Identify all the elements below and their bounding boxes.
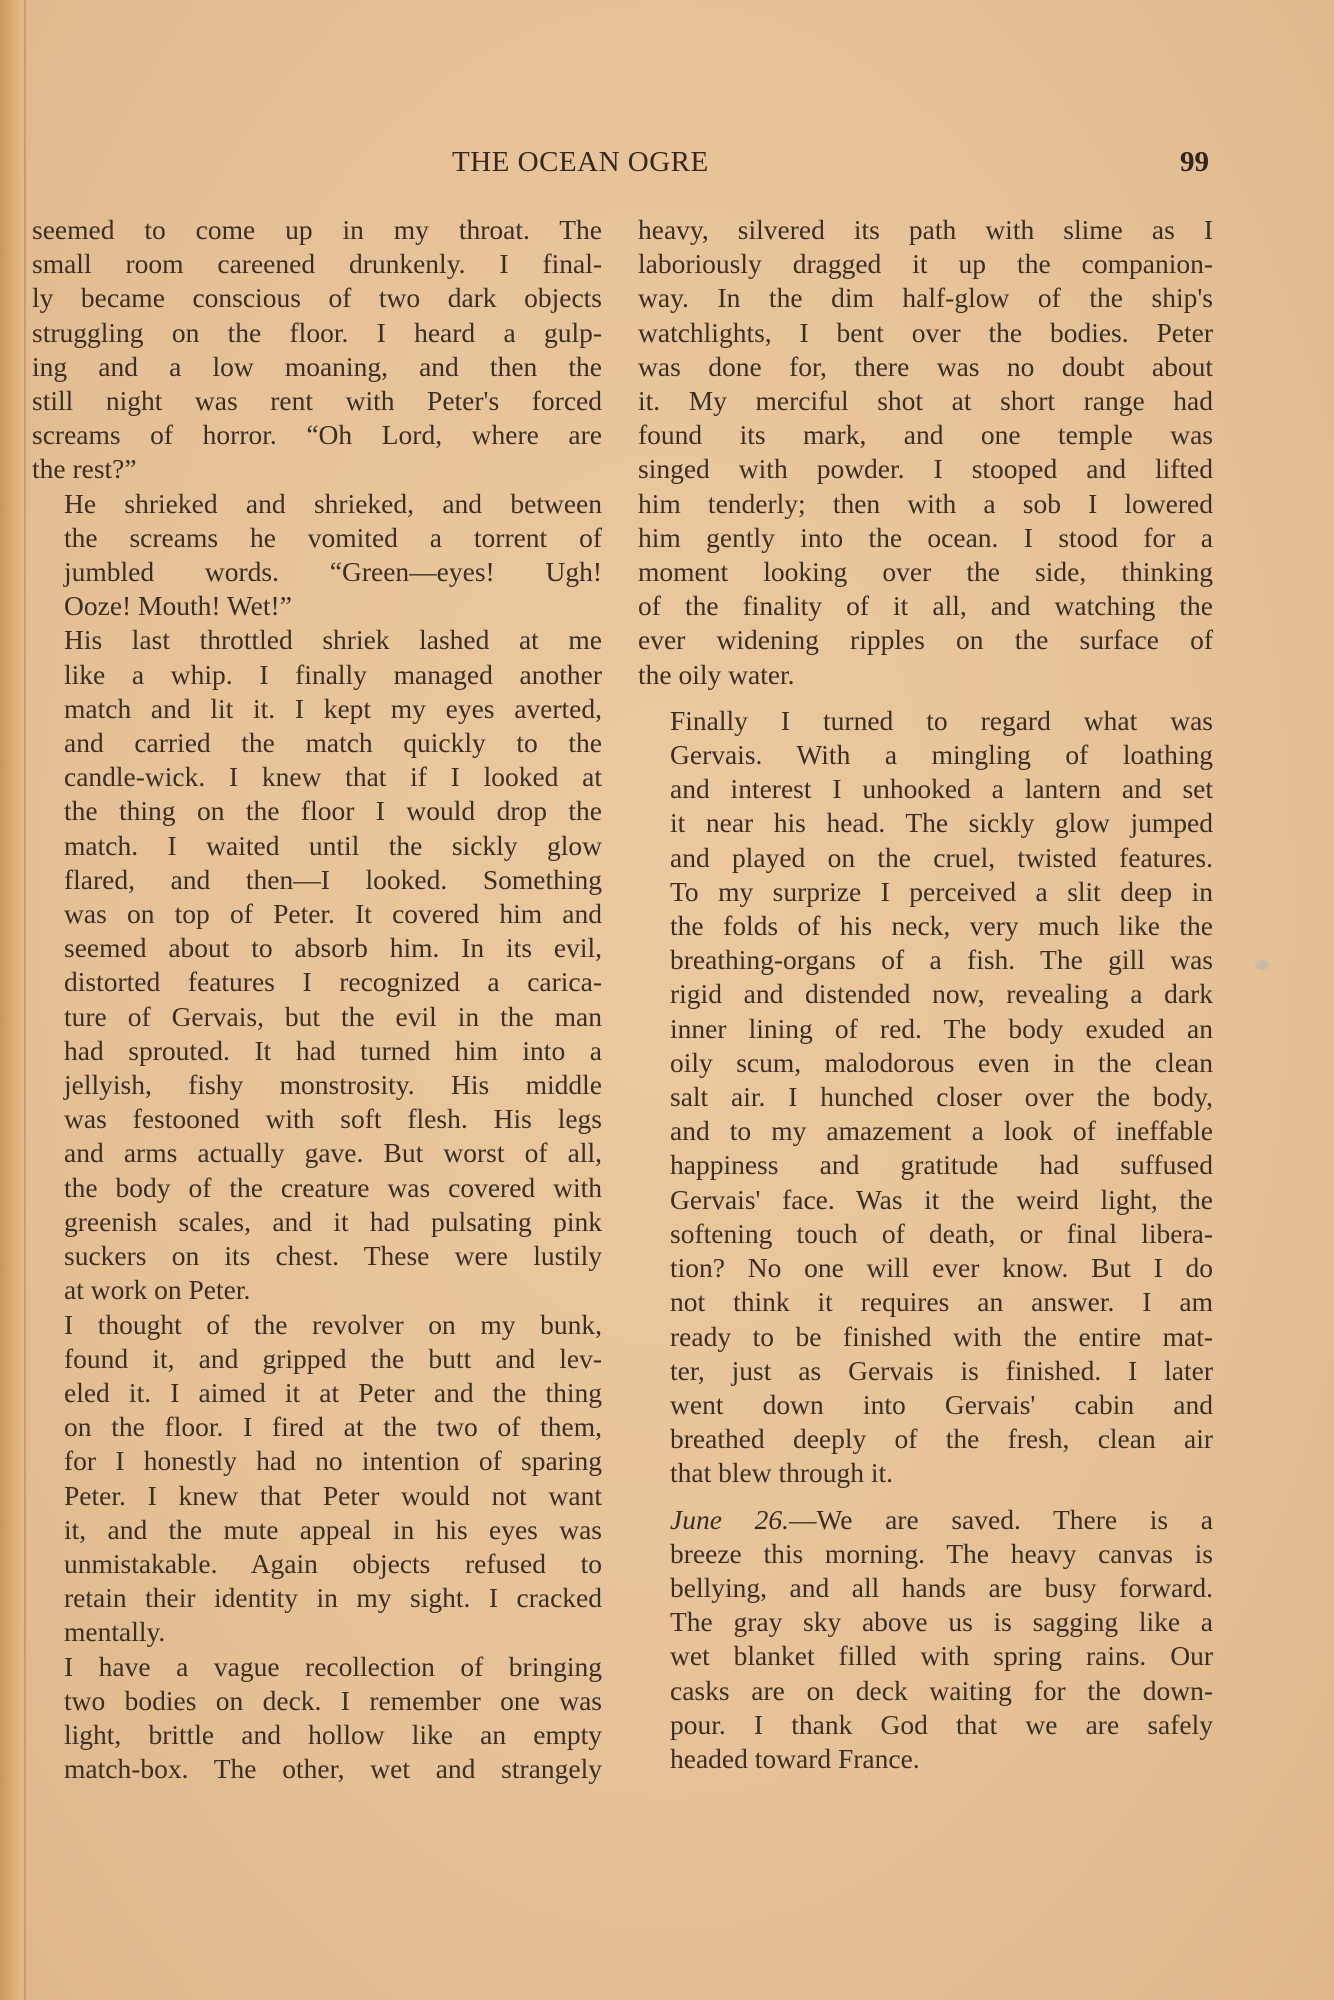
text-line: Gervais. With a mingling of loathing [638,738,1213,772]
text-line: seemed to come up in my throat. The [32,213,602,247]
text-line: His last throttled shriek lashed at me [32,623,602,657]
text-line: was on top of Peter. It covered him and [32,897,602,931]
text-line: The gray sky above us is sagging like a [638,1605,1213,1639]
text-line: distorted features I recognized a carica… [32,965,602,999]
text-line: mentally. [32,1615,602,1649]
text-line: To my surprize I perceived a slit deep i… [638,875,1213,909]
text-line: went down into Gervais' cabin and [638,1388,1213,1422]
book-page: THE OCEAN OGRE 99 seemed to come up in m… [0,0,1334,2000]
text-line: inner lining of red. The body exuded an [638,1012,1213,1046]
running-head: THE OCEAN OGRE 99 [0,140,1334,180]
text-line: pour. I thank God that we are safely [638,1708,1213,1742]
text-line: headed toward France. [638,1742,1213,1776]
paragraph: I thought of the revolver on my bunk, fo… [32,1308,602,1650]
text-line: June 26.—We are saved. There is a [638,1503,1213,1537]
paragraph: heavy, silvered its path with slime as I… [638,213,1213,692]
text-line: seemed about to absorb him. In its evil, [32,931,602,965]
text-line: I thought of the revolver on my bunk, [32,1308,602,1342]
text-line: ter, just as Gervais is finished. I late… [638,1354,1213,1388]
text-line: watchlights, I bent over the bodies. Pet… [638,316,1213,350]
text-line: the screams he vomited a torrent of [32,521,602,555]
text-line: Gervais' face. Was it the weird light, t… [638,1183,1213,1217]
text-line: match and lit it. I kept my eyes averted… [32,692,602,726]
text-line: the thing on the floor I would drop the [32,794,602,828]
text-line: of the finality of it all, and watching … [638,589,1213,623]
paragraph: seemed to come up in my throat. The smal… [32,213,602,487]
text-line: eled it. I aimed it at Peter and the thi… [32,1376,602,1410]
paragraph: June 26.—We are saved. There is a breeze… [638,1503,1213,1777]
text-line: breathed deeply of the fresh, clean air [638,1422,1213,1456]
text-line: him gently into the ocean. I stood for a [638,521,1213,555]
text-line: not think it requires an answer. I am [638,1285,1213,1319]
text-fragment: —We are saved. There is a [789,1504,1213,1535]
text-line: screams of horror. “Oh Lord, where are [32,418,602,452]
paragraph: His last throttled shriek lashed at me l… [32,623,602,1307]
paragraph: He shrieked and shrieked, and between th… [32,487,602,624]
text-line: Ooze! Mouth! Wet!” [32,589,602,623]
text-line: candle-wick. I knew that if I looked at [32,760,602,794]
text-line: casks are on deck waiting for the down- [638,1674,1213,1708]
text-line: happiness and gratitude had suffused [638,1148,1213,1182]
text-line: light, brittle and hollow like an empty [32,1718,602,1752]
text-line: was done for, there was no doubt about [638,350,1213,384]
text-line: jellyish, fishy monstrosity. His middle [32,1068,602,1102]
text-line: and carried the match quickly to the [32,726,602,760]
right-column: heavy, silvered its path with slime as I… [638,213,1213,1776]
text-line: the folds of his neck, very much like th… [638,909,1213,943]
text-line: the body of the creature was covered wit… [32,1171,602,1205]
paper-stain [1255,960,1269,970]
text-line: jumbled words. “Green—eyes! Ugh! [32,555,602,589]
text-line: singed with powder. I stooped and lifted [638,452,1213,486]
text-line: that blew through it. [638,1456,1213,1490]
left-column: seemed to come up in my throat. The smal… [32,213,602,1786]
text-line: it near his head. The sickly glow jumped [638,806,1213,840]
text-line: ready to be finished with the entire mat… [638,1320,1213,1354]
text-line: Finally I turned to regard what was [638,704,1213,738]
text-line: found its mark, and one temple was [638,418,1213,452]
text-line: heavy, silvered its path with slime as I [638,213,1213,247]
text-line: struggling on the floor. I heard a gulp- [32,316,602,350]
text-line: on the floor. I fired at the two of them… [32,1410,602,1444]
text-line: the rest?” [32,452,602,486]
spine-edge [24,0,26,2000]
text-line: small room careened drunkenly. I final- [32,247,602,281]
text-line: and arms actually gave. But worst of all… [32,1136,602,1170]
text-line: it. My merciful shot at short range had [638,384,1213,418]
text-line: Peter. I knew that Peter would not want [32,1479,602,1513]
text-line: had sprouted. It had turned him into a [32,1034,602,1068]
text-line: oily scum, malodorous even in the clean [638,1046,1213,1080]
text-line: at work on Peter. [32,1273,602,1307]
text-line: and interest I unhooked a lantern and se… [638,772,1213,806]
page-number: 99 [1180,146,1209,179]
text-line: wet blanket filled with spring rains. Ou… [638,1639,1213,1673]
text-line: moment looking over the side, thinking [638,555,1213,589]
text-line: salt air. I hunched closer over the body… [638,1080,1213,1114]
text-line: tion? No one will ever know. But I do [638,1251,1213,1285]
text-line: I have a vague recollection of bringing [32,1650,602,1684]
text-line: ever widening ripples on the surface of [638,623,1213,657]
text-line: greenish scales, and it had pulsating pi… [32,1205,602,1239]
paragraph: Finally I turned to regard what was Gerv… [638,704,1213,1491]
text-line: He shrieked and shrieked, and between [32,487,602,521]
text-line: rigid and distended now, revealing a dar… [638,977,1213,1011]
text-line: and to my amazement a look of ineffable [638,1114,1213,1148]
text-line: for I honestly had no intention of spari… [32,1444,602,1478]
text-line: and played on the cruel, twisted feature… [638,841,1213,875]
text-line: way. In the dim half-glow of the ship's [638,281,1213,315]
text-line: ing and a low moaning, and then the [32,350,602,384]
text-line: him tenderly; then with a sob I lowered [638,487,1213,521]
running-title: THE OCEAN OGRE [452,146,709,179]
text-line: it, and the mute appeal in his eyes was [32,1513,602,1547]
text-line: like a whip. I finally managed another [32,658,602,692]
text-line: bellying, and all hands are busy forward… [638,1571,1213,1605]
text-line: match-box. The other, wet and strangely [32,1752,602,1786]
text-line: two bodies on deck. I remember one was [32,1684,602,1718]
text-line: breeze this morning. The heavy canvas is [638,1537,1213,1571]
text-line: was festooned with soft flesh. His legs [32,1102,602,1136]
text-line: the oily water. [638,658,1213,692]
text-line: found it, and gripped the butt and lev- [32,1342,602,1376]
text-line: unmistakable. Again objects refused to [32,1547,602,1581]
diary-date: June 26. [670,1504,789,1535]
text-line: breathing-organs of a fish. The gill was [638,943,1213,977]
text-line: still night was rent with Peter's forced [32,384,602,418]
text-line: retain their identity in my sight. I cra… [32,1581,602,1615]
text-line: softening touch of death, or final liber… [638,1217,1213,1251]
text-line: suckers on its chest. These were lustily [32,1239,602,1273]
text-line: laboriously dragged it up the companion- [638,247,1213,281]
text-line: ture of Gervais, but the evil in the man [32,1000,602,1034]
text-line: flared, and then—I looked. Something [32,863,602,897]
text-line: ly became conscious of two dark objects [32,281,602,315]
text-line: match. I waited until the sickly glow [32,829,602,863]
paragraph: I have a vague recollection of bringing … [32,1650,602,1787]
